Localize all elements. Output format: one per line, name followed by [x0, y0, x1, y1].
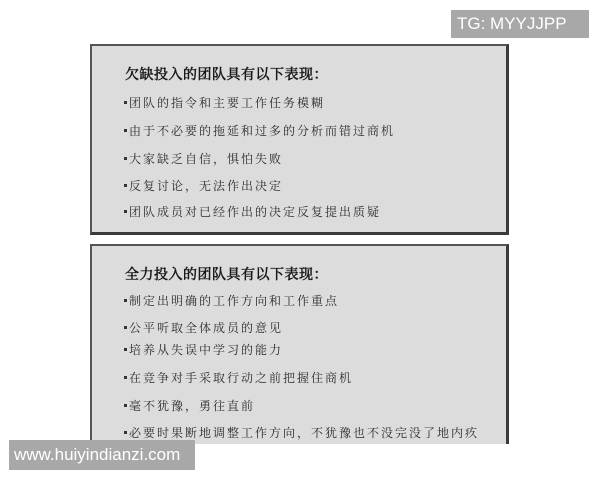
- list-item: 制定出明确的工作方向和工作重点: [124, 292, 339, 309]
- list-item: 大家缺乏自信，惧怕失败: [124, 150, 283, 167]
- section-title: 全力投入的团队具有以下表现：: [125, 264, 328, 284]
- section-title: 欠缺投入的团队具有以下表现：: [125, 64, 328, 84]
- bullet-icon: [124, 431, 127, 434]
- watermark-tg: TG: MYYJJPP: [451, 10, 589, 38]
- bullet-icon: [124, 210, 127, 213]
- list-item: 由于不必要的拖延和过多的分析而错过商机: [124, 122, 395, 139]
- list-item: 在竞争对手采取行动之前把握住商机: [124, 369, 353, 386]
- list-item: 公平听取全体成员的意见: [124, 319, 283, 336]
- list-item: 毫不犹豫，勇往直前: [124, 397, 255, 414]
- bullet-icon: [124, 326, 127, 329]
- list-item: 团队成员对已经作出的决定反复提出质疑: [124, 203, 381, 220]
- bullet-icon: [124, 299, 127, 302]
- list-item: 必要时果断地调整工作方向，不犹豫也不没完没了地内疚: [124, 424, 479, 441]
- lacking-commitment-box: 欠缺投入的团队具有以下表现： 团队的指令和主要工作任务模糊 由于不必要的拖延和过…: [90, 44, 509, 235]
- list-item: 反复讨论，无法作出决定: [124, 177, 283, 194]
- bullet-icon: [124, 184, 127, 187]
- watermark-url: www.huiyindianzi.com: [9, 440, 195, 470]
- bullet-icon: [124, 101, 127, 104]
- bullet-icon: [124, 129, 127, 132]
- list-item: 培养从失误中学习的能力: [124, 341, 283, 358]
- full-commitment-box: 全力投入的团队具有以下表现： 制定出明确的工作方向和工作重点 公平听取全体成员的…: [90, 244, 509, 444]
- bullet-icon: [124, 348, 127, 351]
- bullet-icon: [124, 376, 127, 379]
- bullet-icon: [124, 404, 127, 407]
- bullet-icon: [124, 157, 127, 160]
- list-item: 团队的指令和主要工作任务模糊: [124, 94, 325, 111]
